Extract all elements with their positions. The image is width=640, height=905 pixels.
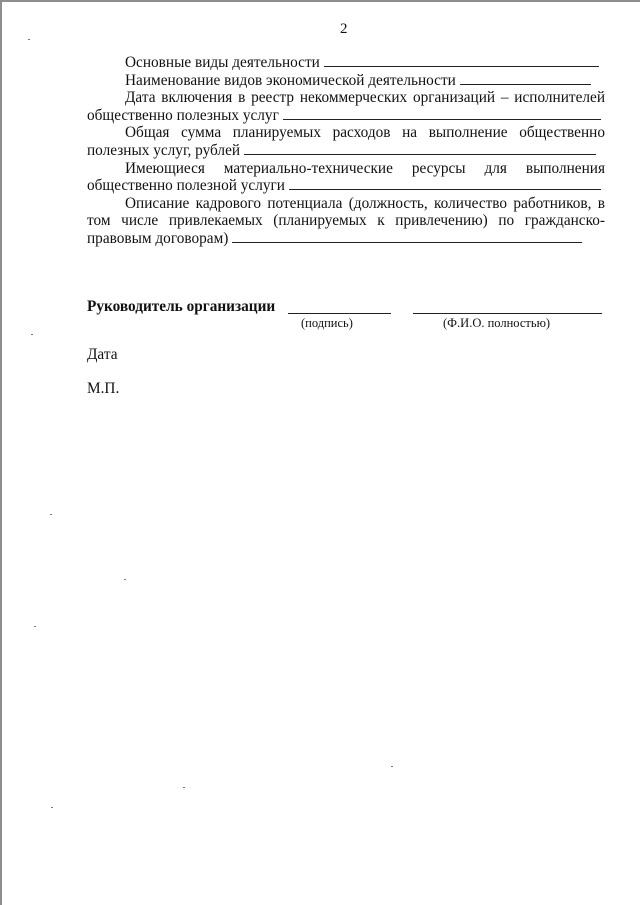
blank-line[interactable]: [283, 107, 601, 120]
signature-block: Руководитель организации (подпись) (Ф.И.…: [87, 298, 617, 338]
field-material-resources: Имеющиеся материально-технические ресурс…: [87, 160, 605, 195]
scan-speck: [51, 807, 53, 808]
scan-speck: [183, 787, 185, 788]
form-body: Основные виды деятельности Наименование …: [87, 54, 605, 248]
scan-speck: [50, 514, 52, 515]
blank-line[interactable]: [244, 142, 596, 155]
scan-speck: [31, 334, 33, 335]
field-label: Наименование видов экономической деятель…: [125, 72, 456, 89]
blank-line[interactable]: [289, 177, 601, 190]
scan-speck: [28, 39, 30, 40]
stamp-label: М.П.: [87, 380, 119, 398]
scan-speck: [124, 579, 126, 580]
field-economic-activities: Наименование видов экономической деятель…: [87, 72, 605, 90]
blank-line[interactable]: [324, 54, 599, 67]
document-page: 2 Основные виды деятельности Наименовани…: [0, 0, 640, 905]
date-label: Дата: [87, 346, 118, 364]
scan-speck: [391, 766, 393, 767]
scan-speck: [34, 626, 36, 627]
field-main-activities: Основные виды деятельности: [87, 54, 605, 72]
full-name-line[interactable]: [413, 313, 602, 314]
field-staff-description: Описание кадрового потенциала (должность…: [87, 195, 605, 248]
field-registry-date: Дата включения в реестр некоммерческих о…: [87, 89, 605, 124]
full-name-caption: (Ф.И.О. полностью): [443, 316, 550, 331]
signature-label: Руководитель организации: [87, 298, 275, 316]
signature-line[interactable]: [288, 313, 391, 314]
blank-line[interactable]: [460, 72, 591, 85]
field-planned-expenses: Общая сумма планируемых расходов на выпо…: [87, 124, 605, 159]
field-label: Основные виды деятельности: [125, 54, 320, 71]
blank-line[interactable]: [232, 230, 582, 243]
page-number: 2: [340, 21, 348, 38]
signature-caption: (подпись): [301, 316, 353, 331]
